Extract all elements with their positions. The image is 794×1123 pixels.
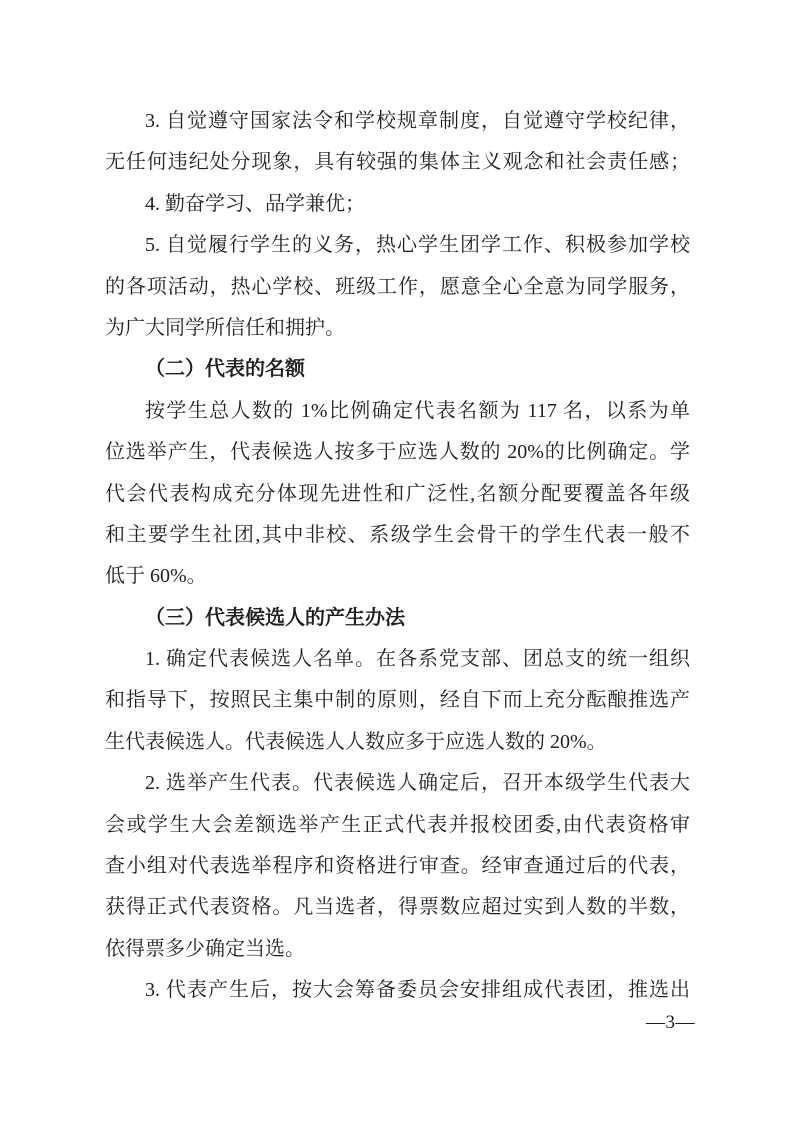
- text-line: 3. 自觉遵守国家法令和学校规章制度，自觉遵守学校纪律，: [105, 101, 690, 142]
- text-line: 低于 60%。: [105, 556, 690, 597]
- text-line: 和主要学生社团,其中非校、系级学生会骨干的学生代表一般不: [105, 515, 690, 556]
- text-line: 2. 选举产生代表。代表候选人确定后，召开本级学生代表大: [105, 763, 690, 804]
- document-body: 3. 自觉遵守国家法令和学校规章制度，自觉遵守学校纪律， 无任何违纪处分现象，具…: [105, 101, 690, 1012]
- text-line: 无任何违纪处分现象，具有较强的集体主义观念和社会责任感；: [105, 142, 690, 183]
- text-line: 为广大同学所信任和拥护。: [105, 308, 690, 349]
- text-line: 1. 确定代表候选人名单。在各系党支部、团总支的统一组织: [105, 639, 690, 680]
- text-line: 会或学生大会差额选举产生正式代表并报校团委,由代表资格审: [105, 805, 690, 846]
- text-line: 4. 勤奋学习、品学兼优；: [105, 184, 690, 225]
- section-heading: （三）代表候选人的产生办法: [105, 598, 690, 639]
- text-line: 和指导下，按照民主集中制的原则，经自下而上充分酝酿推选产: [105, 680, 690, 721]
- text-line: 按学生总人数的 1%比例确定代表名额为 117 名，以系为单: [105, 391, 690, 432]
- text-line: 代会代表构成充分体现先进性和广泛性,名额分配要覆盖各年级: [105, 474, 690, 515]
- text-line: 获得正式代表资格。凡当选者，得票数应超过实到人数的半数，: [105, 887, 690, 928]
- text-line: 3. 代表产生后，按大会筹备委员会安排组成代表团，推选出: [105, 970, 690, 1011]
- text-line: 的各项活动，热心学校、班级工作，愿意全心全意为同学服务，: [105, 267, 690, 308]
- page-number: —3—: [646, 1010, 695, 1036]
- section-heading: （二）代表的名额: [105, 349, 690, 390]
- text-line: 位选举产生，代表候选人按多于应选人数的 20%的比例确定。学: [105, 432, 690, 473]
- text-line: 5. 自觉履行学生的义务，热心学生团学工作、积极参加学校: [105, 225, 690, 266]
- text-line: 查小组对代表选举程序和资格进行审查。经审查通过后的代表，: [105, 846, 690, 887]
- document-page: 3. 自觉遵守国家法令和学校规章制度，自觉遵守学校纪律， 无任何违纪处分现象，具…: [0, 0, 794, 1123]
- text-line: 生代表候选人。代表候选人人数应多于应选人数的 20%。: [105, 722, 690, 763]
- text-line: 依得票多少确定当选。: [105, 929, 690, 970]
